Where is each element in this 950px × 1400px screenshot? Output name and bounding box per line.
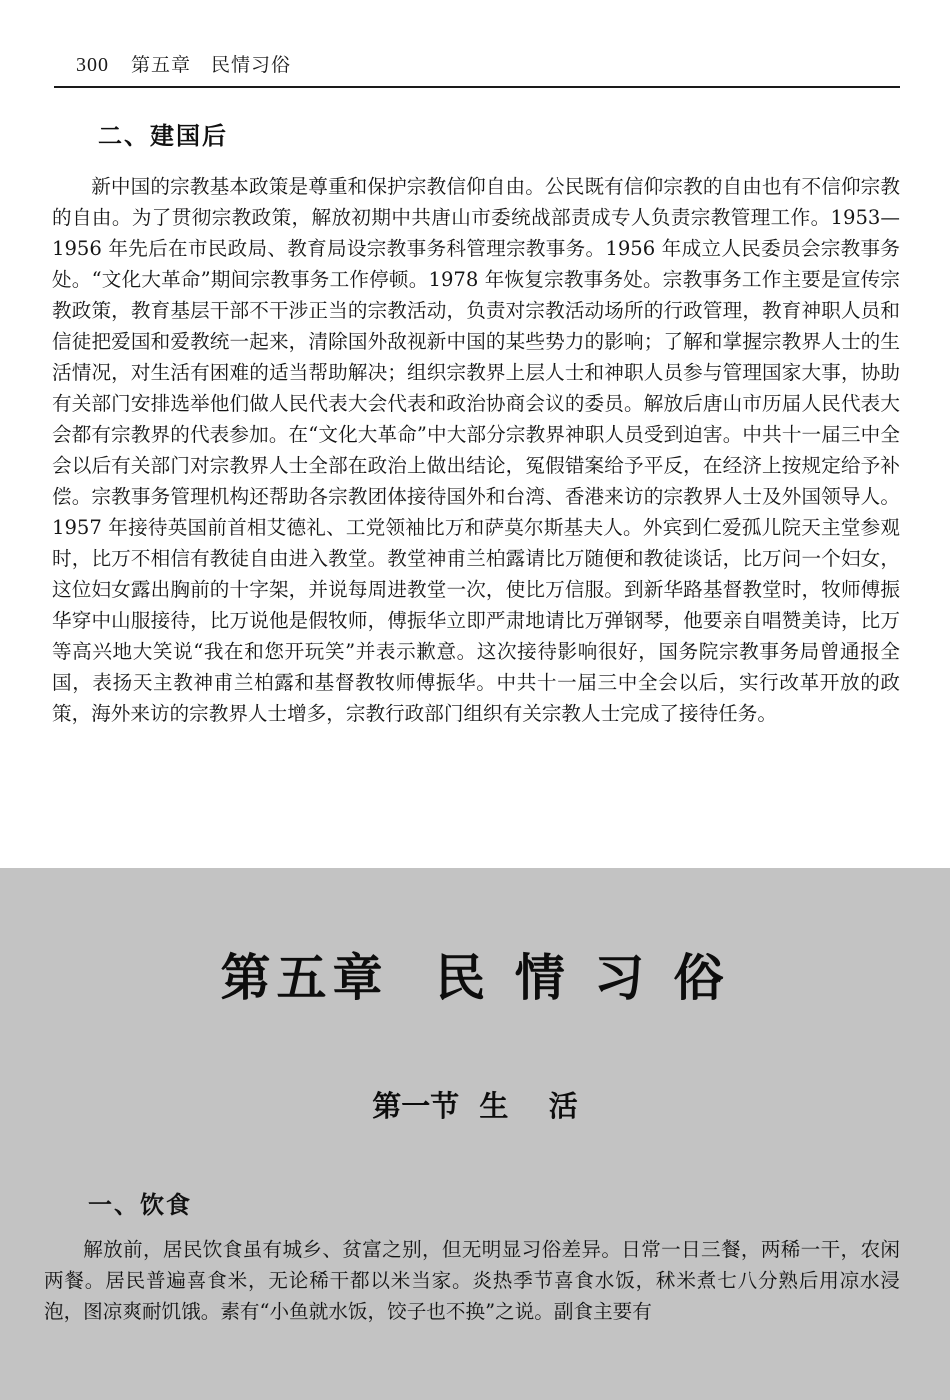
body-paragraph-religion-policy: 新中国的宗教基本政策是尊重和保护宗教信仰自由。公民既有信仰宗教的自由也有不信仰宗… [52, 171, 900, 729]
page-300-top: 300第五章民情习俗 二、建国后 新中国的宗教基本政策是尊重和保护宗教信仰自由。… [0, 0, 950, 868]
section-title: 第一节 生 活 [0, 1084, 950, 1125]
sub-heading-diet: 一、饮食 [88, 1185, 192, 1220]
running-header: 300第五章民情习俗 [76, 50, 291, 77]
section-heading-after-founding: 二、建国后 [98, 116, 228, 151]
body-paragraph-diet: 解放前，居民饮食虽有城乡、贫富之别，但无明显习俗差异。日常一日三餐，两稀一干，农… [44, 1234, 900, 1327]
page-number: 300 [76, 54, 109, 76]
running-header-chapter-title: 民情习俗 [211, 54, 291, 76]
running-header-chapter: 第五章 [131, 54, 191, 76]
chapter-title: 第五章 民 情 习 俗 [0, 938, 950, 1010]
header-rule [54, 86, 900, 88]
